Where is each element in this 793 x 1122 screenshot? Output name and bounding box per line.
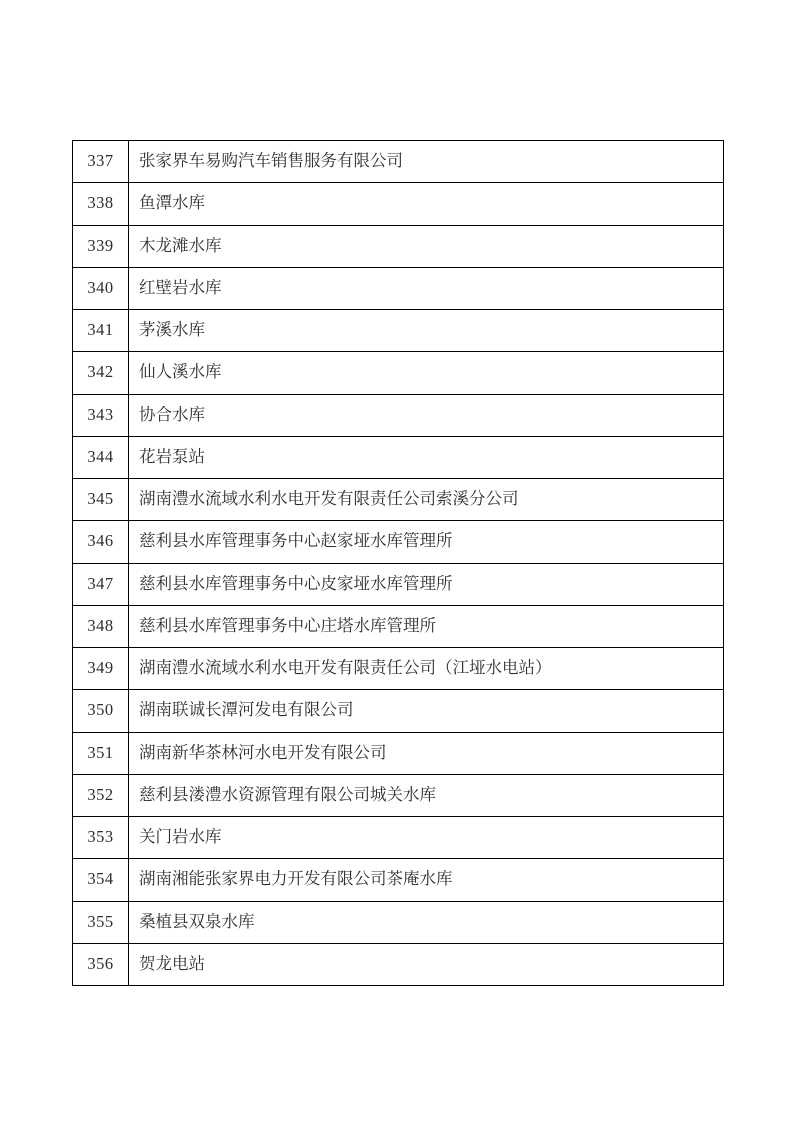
org-table-body: 337 张家界车易购汽车销售服务有限公司 338 鱼潭水库 339 木龙滩水库 … — [73, 141, 724, 986]
table-row: 355 桑植县双泉水库 — [73, 901, 724, 943]
org-name-cell: 张家界车易购汽车销售服务有限公司 — [129, 141, 724, 183]
table-row: 341 茅溪水库 — [73, 310, 724, 352]
table-row: 347 慈利县水库管理事务中心皮家垭水库管理所 — [73, 563, 724, 605]
row-number-cell: 350 — [73, 690, 129, 732]
org-name-cell: 湖南湘能张家界电力开发有限公司茶庵水库 — [129, 859, 724, 901]
row-number-cell: 338 — [73, 183, 129, 225]
org-name-cell: 茅溪水库 — [129, 310, 724, 352]
org-name-cell: 关门岩水库 — [129, 817, 724, 859]
row-number-cell: 349 — [73, 648, 129, 690]
row-number-cell: 352 — [73, 774, 129, 816]
org-name-cell: 花岩泵站 — [129, 436, 724, 478]
table-row: 338 鱼潭水库 — [73, 183, 724, 225]
org-name-cell: 红壁岩水库 — [129, 267, 724, 309]
row-number-cell: 351 — [73, 732, 129, 774]
table-row: 345 湖南澧水流域水利水电开发有限责任公司索溪分公司 — [73, 479, 724, 521]
document-page: 337 张家界车易购汽车销售服务有限公司 338 鱼潭水库 339 木龙滩水库 … — [0, 0, 793, 1122]
org-name-cell: 湖南新华茶林河水电开发有限公司 — [129, 732, 724, 774]
row-number-cell: 343 — [73, 394, 129, 436]
org-name-cell: 慈利县水库管理事务中心赵家垭水库管理所 — [129, 521, 724, 563]
row-number-cell: 348 — [73, 605, 129, 647]
table-row: 356 贺龙电站 — [73, 943, 724, 985]
org-name-cell: 贺龙电站 — [129, 943, 724, 985]
table-row: 348 慈利县水库管理事务中心庄塔水库管理所 — [73, 605, 724, 647]
table-row: 350 湖南联诚长潭河发电有限公司 — [73, 690, 724, 732]
table-row: 353 关门岩水库 — [73, 817, 724, 859]
table-row: 340 红壁岩水库 — [73, 267, 724, 309]
table-row: 351 湖南新华茶林河水电开发有限公司 — [73, 732, 724, 774]
table-row: 354 湖南湘能张家界电力开发有限公司茶庵水库 — [73, 859, 724, 901]
row-number-cell: 344 — [73, 436, 129, 478]
org-name-cell: 桑植县双泉水库 — [129, 901, 724, 943]
row-number-cell: 342 — [73, 352, 129, 394]
row-number-cell: 355 — [73, 901, 129, 943]
org-name-cell: 慈利县水库管理事务中心庄塔水库管理所 — [129, 605, 724, 647]
row-number-cell: 354 — [73, 859, 129, 901]
org-name-cell: 湖南澧水流域水利水电开发有限责任公司索溪分公司 — [129, 479, 724, 521]
row-number-cell: 339 — [73, 225, 129, 267]
org-name-cell: 鱼潭水库 — [129, 183, 724, 225]
org-list-table: 337 张家界车易购汽车销售服务有限公司 338 鱼潭水库 339 木龙滩水库 … — [72, 140, 724, 986]
org-name-cell: 慈利县水库管理事务中心皮家垭水库管理所 — [129, 563, 724, 605]
table-row: 352 慈利县溇澧水资源管理有限公司城关水库 — [73, 774, 724, 816]
row-number-cell: 341 — [73, 310, 129, 352]
row-number-cell: 347 — [73, 563, 129, 605]
row-number-cell: 356 — [73, 943, 129, 985]
table-row: 346 慈利县水库管理事务中心赵家垭水库管理所 — [73, 521, 724, 563]
table-row: 339 木龙滩水库 — [73, 225, 724, 267]
row-number-cell: 337 — [73, 141, 129, 183]
row-number-cell: 353 — [73, 817, 129, 859]
org-name-cell: 仙人溪水库 — [129, 352, 724, 394]
org-name-cell: 湖南联诚长潭河发电有限公司 — [129, 690, 724, 732]
table-row: 349 湖南澧水流域水利水电开发有限责任公司（江垭水电站） — [73, 648, 724, 690]
table-row: 343 协合水库 — [73, 394, 724, 436]
org-name-cell: 协合水库 — [129, 394, 724, 436]
org-name-cell: 湖南澧水流域水利水电开发有限责任公司（江垭水电站） — [129, 648, 724, 690]
org-name-cell: 慈利县溇澧水资源管理有限公司城关水库 — [129, 774, 724, 816]
table-row: 337 张家界车易购汽车销售服务有限公司 — [73, 141, 724, 183]
row-number-cell: 346 — [73, 521, 129, 563]
row-number-cell: 340 — [73, 267, 129, 309]
org-name-cell: 木龙滩水库 — [129, 225, 724, 267]
row-number-cell: 345 — [73, 479, 129, 521]
table-row: 342 仙人溪水库 — [73, 352, 724, 394]
table-row: 344 花岩泵站 — [73, 436, 724, 478]
